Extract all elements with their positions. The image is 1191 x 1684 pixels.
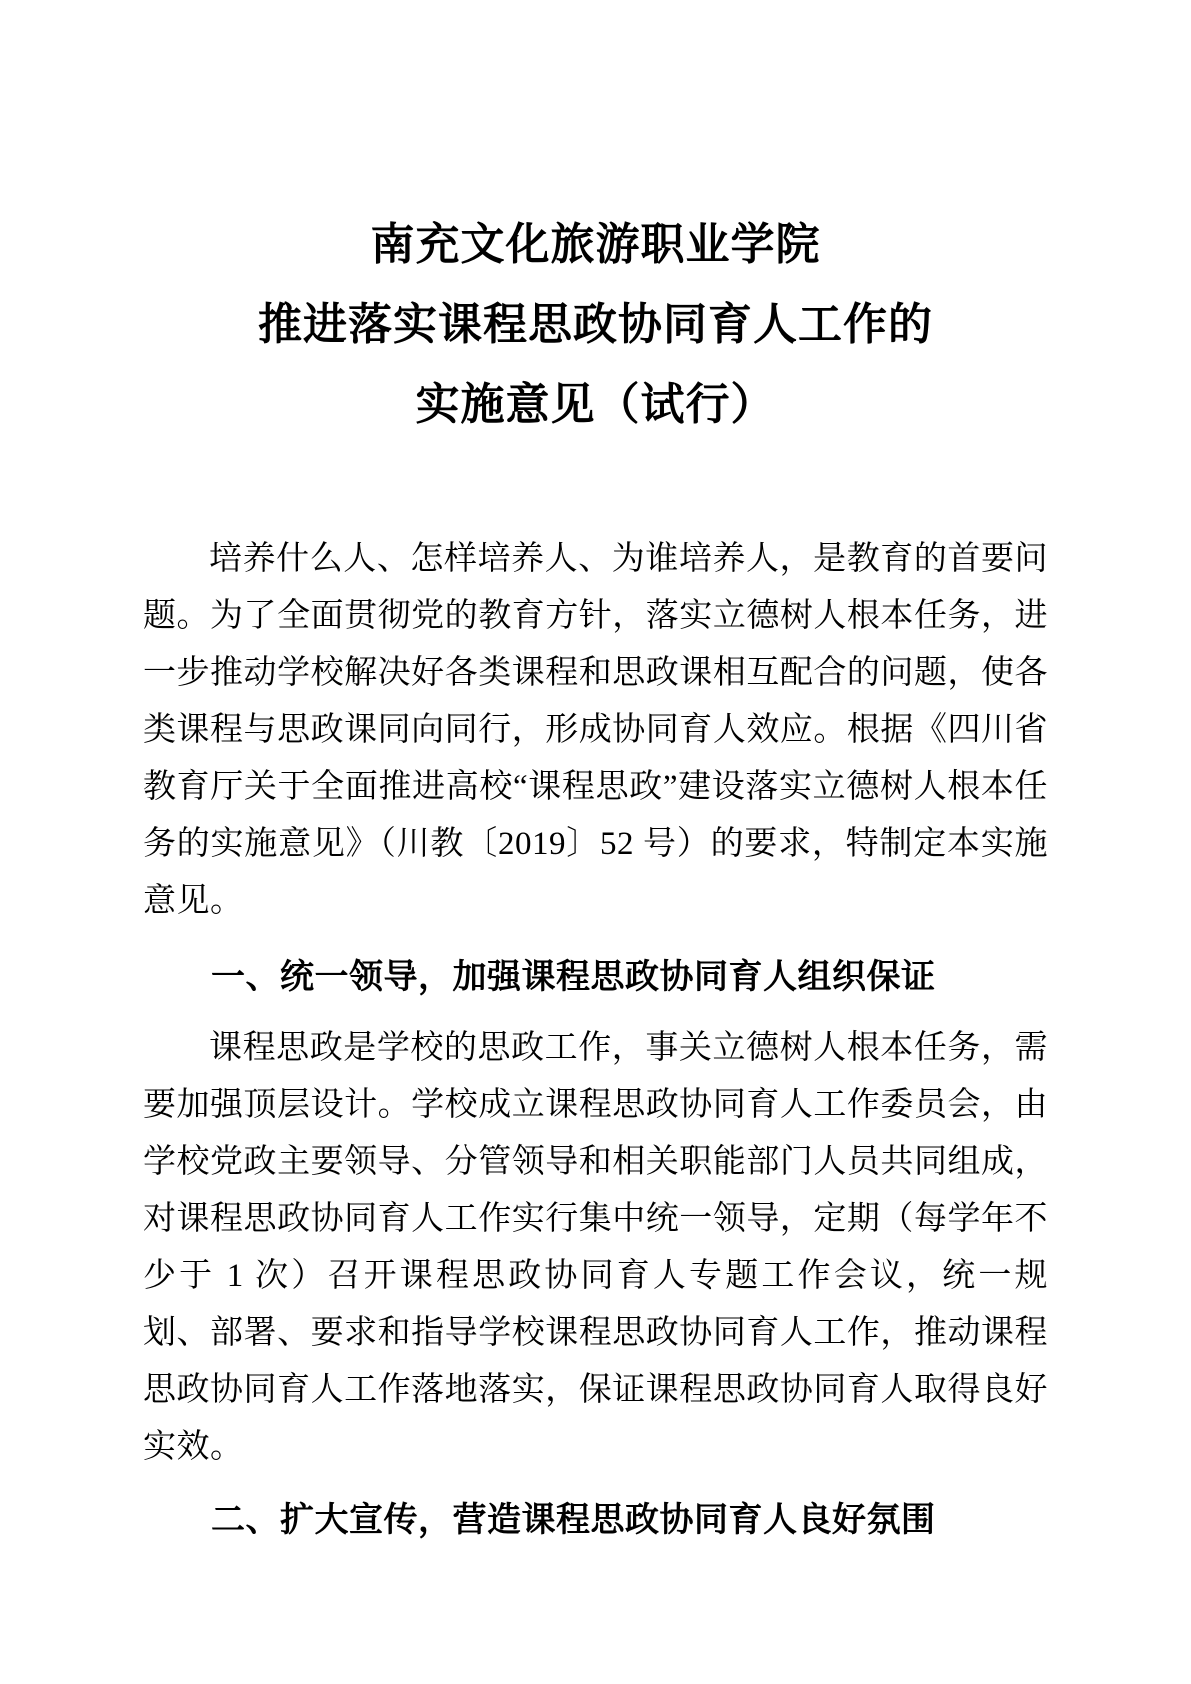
document-title-line-3: 实施意见（试行） bbox=[143, 365, 1048, 445]
section-heading-2: 二、扩大宣传，营造课程思政协同育人良好氛围 bbox=[143, 1492, 1048, 1549]
document-title-line-2: 推进落实课程思政协同育人工作的 bbox=[143, 285, 1048, 365]
document-page: 南充文化旅游职业学院 推进落实课程思政协同育人工作的 实施意见（试行） 培养什么… bbox=[0, 0, 1191, 1684]
document-title: 南充文化旅游职业学院 推进落实课程思政协同育人工作的 实施意见（试行） bbox=[143, 205, 1048, 445]
document-content: 南充文化旅游职业学院 推进落实课程思政协同育人工作的 实施意见（试行） 培养什么… bbox=[143, 0, 1048, 1549]
intro-paragraph: 培养什么人、怎样培养人、为谁培养人，是教育的首要问题。为了全面贯彻党的教育方针，… bbox=[143, 531, 1048, 930]
section-heading-1: 一、统一领导，加强课程思政协同育人组织保证 bbox=[143, 949, 1048, 1006]
section-1-paragraph: 课程思政是学校的思政工作，事关立德树人根本任务，需要加强顶层设计。学校成立课程思… bbox=[143, 1020, 1048, 1476]
document-title-line-1: 南充文化旅游职业学院 bbox=[143, 205, 1048, 285]
